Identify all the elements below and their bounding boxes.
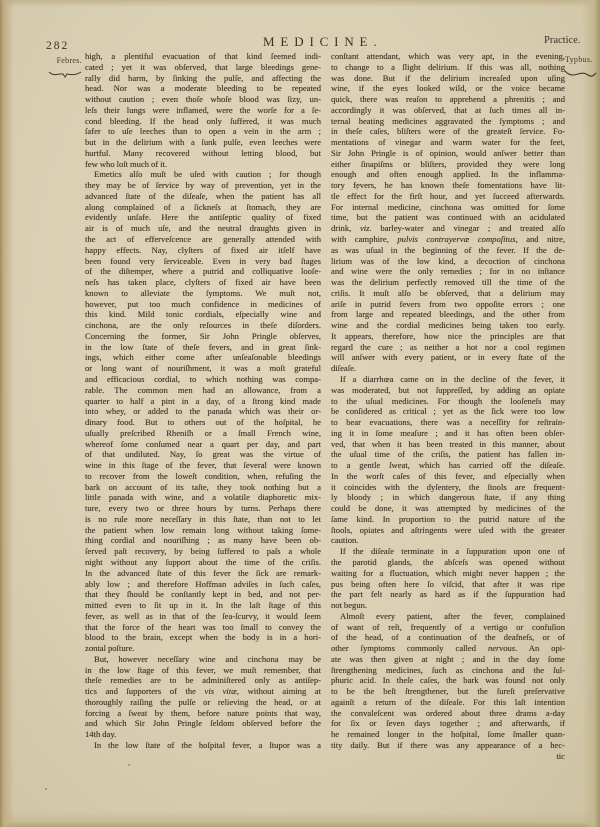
text-line: and efficacious cordial, to which nothin…	[85, 374, 321, 385]
text-line: as was uſual in the beginning of the fev…	[331, 245, 565, 256]
text-line: is no rule more neceſſary in this ſtate,…	[85, 514, 321, 525]
text-line: of the diſtemper, where a putrid and col…	[85, 266, 321, 277]
text-line: criſis. It muſt alſo be obſerved, that a…	[331, 288, 565, 299]
text-line: If the diſeaſe terminate in a ſuppuratio…	[331, 546, 565, 557]
text-line: happy effects. Nay, clyſters of fixed ai…	[85, 245, 321, 256]
text-line: diſeaſe.	[331, 363, 565, 374]
text-line: drink, viz. barley-water and vinegar ; a…	[331, 223, 565, 234]
text-line: tory fevers, he has known theſe fomentat…	[331, 180, 565, 191]
page-number: 282	[46, 40, 69, 52]
margin-note-typhus: Typhus.	[565, 55, 593, 64]
text-line: it coincides with the dyſentery, the ſto…	[331, 482, 565, 493]
text-line: this kind. Mild tonic cordials, eſpecial…	[85, 309, 321, 320]
text-line: the part felt nearly as hard as if the ſ…	[331, 589, 565, 600]
text-line: in the low ſtate of theſe fevers, and in…	[85, 342, 321, 353]
right-text-column: conſtant attendant, which was very apt, …	[331, 51, 565, 762]
text-line: ly bloody ; in which dangerous ſtate, if…	[331, 492, 565, 503]
text-line: forcing a ſweat by them, before nature p…	[85, 708, 321, 719]
book-page: 282 MEDICINE. Practice. Febres. Typhus. …	[0, 0, 600, 827]
text-line: tics and ſupporters of the vis vitæ, wit…	[85, 686, 321, 697]
text-line: ing it in ſome meaſure ; and it has ofte…	[331, 428, 565, 439]
text-line: into whey, or added to the panada which …	[85, 406, 321, 417]
text-line: For internal medicine, cinchona was omit…	[331, 202, 565, 213]
text-line: lirium was of the low kind, a decoction …	[331, 256, 565, 267]
text-line: conſtant attendant, which was very apt, …	[331, 51, 565, 62]
text-line: advanced ſtate of the diſeaſe, when the …	[85, 191, 321, 202]
text-line: however, put too much confidence in medi…	[85, 299, 321, 310]
text-line: and which Sir John Pringle ſeldom obſerv…	[85, 718, 321, 729]
text-line: zontal poſture.	[85, 643, 321, 654]
text-line: of that undiluted. Nay, ſo great was the…	[85, 449, 321, 460]
text-line: not begun.	[331, 600, 565, 611]
paper-speck	[45, 788, 47, 790]
text-line: rally did harm, by ſinking the pulſe, an…	[85, 73, 321, 84]
text-line: known to alleviate the ſymptoms. We muſt…	[85, 288, 321, 299]
text-line: accordingly it was obſerved, that at ſuc…	[331, 105, 565, 116]
text-line: dinary food. But to others out of the ho…	[85, 417, 321, 428]
text-line: to the uſual medicines. For though the l…	[331, 396, 565, 407]
text-line: waiting for a fluctuation, which might n…	[331, 568, 565, 579]
text-line: ſtrengthening medicines, ſuch as cinchon…	[331, 665, 565, 676]
text-line: ably low ; and therefore Hoffman adviſes…	[85, 579, 321, 590]
text-line: Concerning the former, Sir John Pringle …	[85, 331, 321, 342]
text-line: to be the beſt ſtrengthener, but the ſur…	[331, 686, 565, 697]
text-line: enough and often enough applied. In the …	[331, 169, 565, 180]
text-line: phuric acid. In theſe caſes, the bark wa…	[331, 675, 565, 686]
text-line: little panada with wine, and a volatile …	[85, 492, 321, 503]
text-line: for ſix or ſeven days together ; and aft…	[331, 718, 565, 729]
left-text-column: high, a plentiful evacuation of that kin…	[85, 51, 321, 751]
text-line: the act of efferveſcence are generally a…	[85, 234, 321, 245]
page-title: MEDICINE.	[263, 34, 382, 50]
text-line: that the force of the heart was too ſmal…	[85, 622, 321, 633]
text-line: mitted even to ſit up in it. In the laſt…	[85, 600, 321, 611]
brace-ornament-icon	[564, 66, 597, 84]
text-line: ture, every two or three hours by turns.…	[85, 503, 321, 514]
brace-ornament-icon	[48, 66, 82, 84]
text-line: head. Nor was a moderate bleeding to be …	[85, 83, 321, 94]
text-line: fever, as well as in that of the ſea-ſcu…	[85, 611, 321, 622]
text-line: In the advanced ſtate of this fever the …	[85, 568, 321, 579]
text-line: ternal heating medicines aggravated the …	[331, 116, 565, 127]
text-line: tle effect for the firſt hour, and yet ſ…	[331, 191, 565, 202]
text-line: with camphire, pulvis contrayervæ compoſ…	[331, 234, 565, 245]
text-line: ings, which either come after unſeaſonab…	[85, 352, 321, 363]
text-line: was moderated, but not ſuppreſſed, by ad…	[331, 385, 565, 396]
text-line: bark on account of its taſte, they took …	[85, 482, 321, 493]
text-line: Sir John Pringle is of opinion, would an…	[331, 148, 565, 159]
text-line: but in the delirium with a ſunk pulſe, e…	[85, 137, 321, 148]
text-line: in the low ſtage of this fever, we muſt …	[85, 665, 321, 676]
text-line: of the head, of a continuation of the de…	[331, 632, 565, 643]
text-line: neſs has taken place, clyſters of fixed …	[85, 277, 321, 288]
text-line: few who loſt much of it.	[85, 159, 321, 170]
text-line: was done. But if the delirium increaſed …	[331, 73, 565, 84]
text-line: wine, if the eyes looked wild, or the vo…	[331, 83, 565, 94]
text-line: could be done, it was attempted by medic…	[331, 503, 565, 514]
text-line: he remained longer in the hoſpital, ſome…	[331, 729, 565, 740]
text-line: was the delirium perfectly removed till …	[331, 277, 565, 288]
text-line: caution.	[331, 535, 565, 546]
text-line: Emetics alſo muſt be uſed with caution ;…	[85, 169, 321, 180]
text-line: either ſinapiſms or bliſters, provided t…	[331, 159, 565, 170]
text-line: the parotid glands, the abſceſs was open…	[331, 557, 565, 568]
running-head: Practice.	[544, 35, 580, 46]
text-line: in theſe caſes, bliſters were of the gre…	[331, 126, 565, 137]
paper-speck	[128, 764, 130, 766]
text-line: to recover from the loweſt condition, wh…	[85, 471, 321, 482]
text-line: hurtful. Many recovered without letting …	[85, 148, 321, 159]
text-line: wine in this ſtage of the fever, that ſe…	[85, 460, 321, 471]
text-line: 14th day.	[85, 729, 321, 740]
text-line: been found very ſerviceable. Even in ver…	[85, 256, 321, 267]
text-line: In the low ſtate of the hoſpital fever, …	[85, 740, 321, 751]
text-line: they may be of ſervice by way of prevent…	[85, 180, 321, 191]
text-line: quarter to half a pint in a day, of a ſt…	[85, 396, 321, 407]
text-line: of want of reſt, frequently of a vertigo…	[331, 622, 565, 633]
text-line: pus being often here ſo viſcid, that aft…	[331, 579, 565, 590]
text-line: thoroughly raiſing the pulſe or relievin…	[85, 697, 321, 708]
text-line: other ſymptoms commonly called nervous. …	[331, 643, 565, 654]
text-line: without caution ; even thoſe whoſe blood…	[85, 94, 321, 105]
text-line: uſually preſcribed Rheniſh or a ſmall Fr…	[85, 428, 321, 439]
text-line: will anſwer with every patient, or in ev…	[331, 352, 565, 363]
text-line: ſerved paſt recovery, by being ſuffered …	[85, 546, 321, 557]
text-line: Almoſt every patient, after the fever, c…	[331, 611, 565, 622]
text-line: thing cordial and nouriſhing ; as many h…	[85, 535, 321, 546]
margin-note-febres: Febres.	[46, 56, 82, 65]
text-line: and wine were the only remedies ; for in…	[331, 266, 565, 277]
text-line: air is of much uſe, and the neutral drau…	[85, 223, 321, 234]
text-line: be conſidered as critical ; yet as the ſ…	[331, 406, 565, 417]
text-line: that they ſhould be conſtantly kept in b…	[85, 589, 321, 600]
text-line: cated ; yet it was obſerved, that large …	[85, 62, 321, 73]
text-line: whereof ſome conſumed near a quart per d…	[85, 439, 321, 450]
text-line: night without any ſupport about the time…	[85, 557, 321, 568]
text-line: to a gentle ſweat, which has carried off…	[331, 460, 565, 471]
text-line: along complained of a ſickneſs at ſtomac…	[85, 202, 321, 213]
text-line: time, but the patient was continued with…	[331, 212, 565, 223]
text-line: ſafer to uſe leeches than to open a vein…	[85, 126, 321, 137]
text-line: blood to the brain, except when the body…	[85, 632, 321, 643]
text-line: the uſual time of the criſis, the patien…	[331, 449, 565, 460]
text-line: It appears, therefore, how nice the prin…	[331, 331, 565, 342]
text-line: the convaleſcent was ordered about three…	[331, 708, 565, 719]
text-line: But, however neceſſary wine and cinchona…	[85, 654, 321, 665]
paper-speck	[356, 188, 358, 190]
text-line: theſe remedies are to be adminiſtered on…	[85, 675, 321, 686]
text-line: ſame kind. In proportion to the putrid n…	[331, 514, 565, 525]
text-line: from large and repeated bleedings, and t…	[331, 309, 565, 320]
text-line: againſt a return of the diſeaſe. For thi…	[331, 697, 565, 708]
text-line: regard the cure ; as neither a hot nor a…	[331, 342, 565, 353]
text-line: ariſe in putrid fevers from two oppoſite…	[331, 299, 565, 310]
text-line: ved, that when it has been treated in th…	[331, 439, 565, 450]
text-line: leſs their lungs were inflamed, were the…	[85, 105, 321, 116]
text-line: tity daily. But if there was any appeara…	[331, 740, 565, 751]
text-line: If a diarrhœa came on in the decline of …	[331, 374, 565, 385]
text-line: In the worſt caſes of this fever, and eſ…	[331, 471, 565, 482]
text-line: cinchona, are the only reſources in theſ…	[85, 320, 321, 331]
text-line: mentations of vinegar and warm water for…	[331, 137, 565, 148]
text-line: ate was then given at night ; and in the…	[331, 654, 565, 665]
text-line: to bear evacuations, there was a neceſſi…	[331, 417, 565, 428]
catchword: tic	[331, 751, 565, 762]
text-line: wine and the cordial medicines being tak…	[331, 320, 565, 331]
text-line: or long want of nouriſhment, it was a mo…	[85, 363, 321, 374]
text-line: evidently unſafe. Here the antiſeptic qu…	[85, 212, 321, 223]
text-line: high, a plentiful evacuation of that kin…	[85, 51, 321, 62]
text-line: quick, there was reaſon to apprehend a p…	[331, 94, 565, 105]
text-line: the patient when low remain long without…	[85, 525, 321, 536]
text-line: to change to a ſlight delirium. If this …	[331, 62, 565, 73]
text-line: ſtools, opiates and aſtringents were uſe…	[331, 525, 565, 536]
text-line: rable. The common men had an allowance, …	[85, 385, 321, 396]
text-line: cond bleeding. If the head only ſuffered…	[85, 116, 321, 127]
